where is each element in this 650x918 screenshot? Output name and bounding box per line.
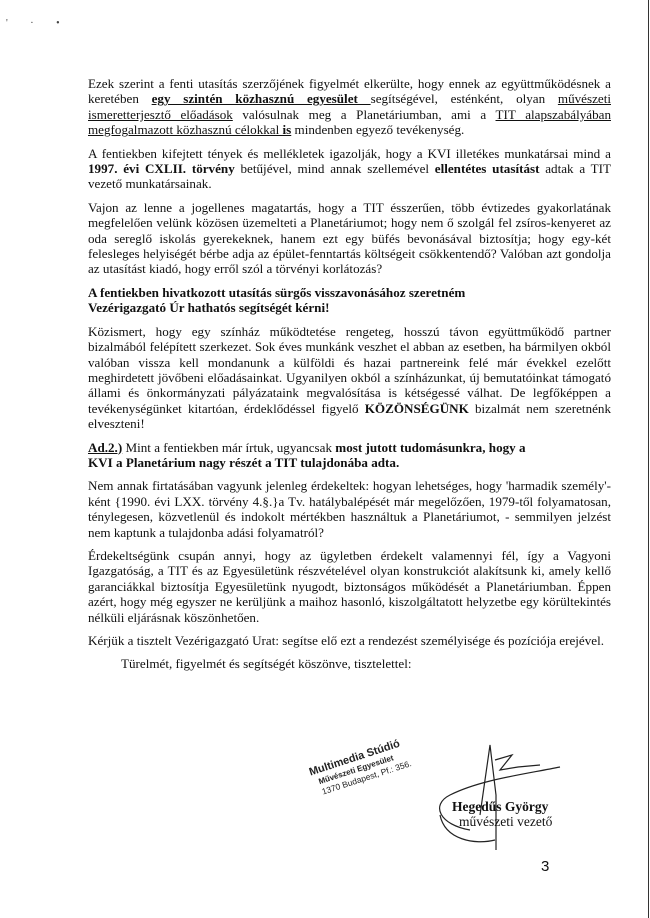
closing-line: Türelmét, figyelmét és segítségét köszön… xyxy=(121,656,611,671)
bold-phrase: KVI a Planetárium nagy részét a TIT tula… xyxy=(88,455,399,470)
header-marks: ' · • xyxy=(6,18,70,29)
law-reference: 1997. évi CXLII. törvény xyxy=(88,161,235,176)
text: betűjével, mind annak szellemével xyxy=(235,161,435,176)
heading-line-1: A fentiekben hivatkozott utasítás sürgős… xyxy=(88,285,465,300)
page-number: 3 xyxy=(541,858,549,875)
paragraph-2: A fentiekben kifejtett tények és mellékl… xyxy=(88,146,611,192)
signatory-role: művészeti vezető xyxy=(459,814,552,830)
request-heading: A fentiekben hivatkozott utasítás sürgős… xyxy=(88,285,611,316)
bold-word: KÖZÖNSÉGÜNK xyxy=(365,401,469,416)
text: mindenben egyező tevékenység. xyxy=(291,122,464,137)
text: valósulnak meg a Planetáriumban, ami a xyxy=(233,107,496,122)
paragraph-3: Vajon az lenne a jogellenes magatartás, … xyxy=(88,200,611,277)
text: segítségével, esténként, olyan xyxy=(371,91,558,106)
paragraph-7: Érdekeltségünk csupán annyi, hogy az ügy… xyxy=(88,548,611,625)
handwritten-signature-icon xyxy=(290,735,630,855)
text: A fentiekben kifejtett tények és mellékl… xyxy=(88,146,611,161)
bold-phrase: most jutott tudomásunkra, hogy a xyxy=(335,440,525,455)
underlined-bold-word: is xyxy=(283,122,292,137)
paragraph-6: Nem annak firtatásában vagyunk jelenleg … xyxy=(88,478,611,540)
letter-body: Ezek szerint a fenti utasítás szerzőjéne… xyxy=(88,76,611,680)
text: Mint a fentiekben már írtuk, ugyancsak xyxy=(122,440,335,455)
page-edge-line xyxy=(648,0,649,918)
paragraph-5: Ad.2.) Mint a fentiekben már írtuk, ugya… xyxy=(88,440,611,471)
underlined-bold-phrase: egy szintén közhasznú egyesület xyxy=(152,91,371,106)
heading-line-2: Vezérigazgató Úr hathatós segítségét kér… xyxy=(88,300,329,315)
paragraph-8: Kérjük a tisztelt Vezérigazgató Urat: se… xyxy=(88,633,611,648)
section-label: Ad.2.) xyxy=(88,440,122,455)
bold-phrase: ellentétes utasítást xyxy=(435,161,540,176)
signatory-name: Hegedűs György xyxy=(452,799,548,815)
paragraph-4: Közismert, hogy egy színház működtetése … xyxy=(88,324,611,432)
paragraph-1: Ezek szerint a fenti utasítás szerzőjéne… xyxy=(88,76,611,138)
